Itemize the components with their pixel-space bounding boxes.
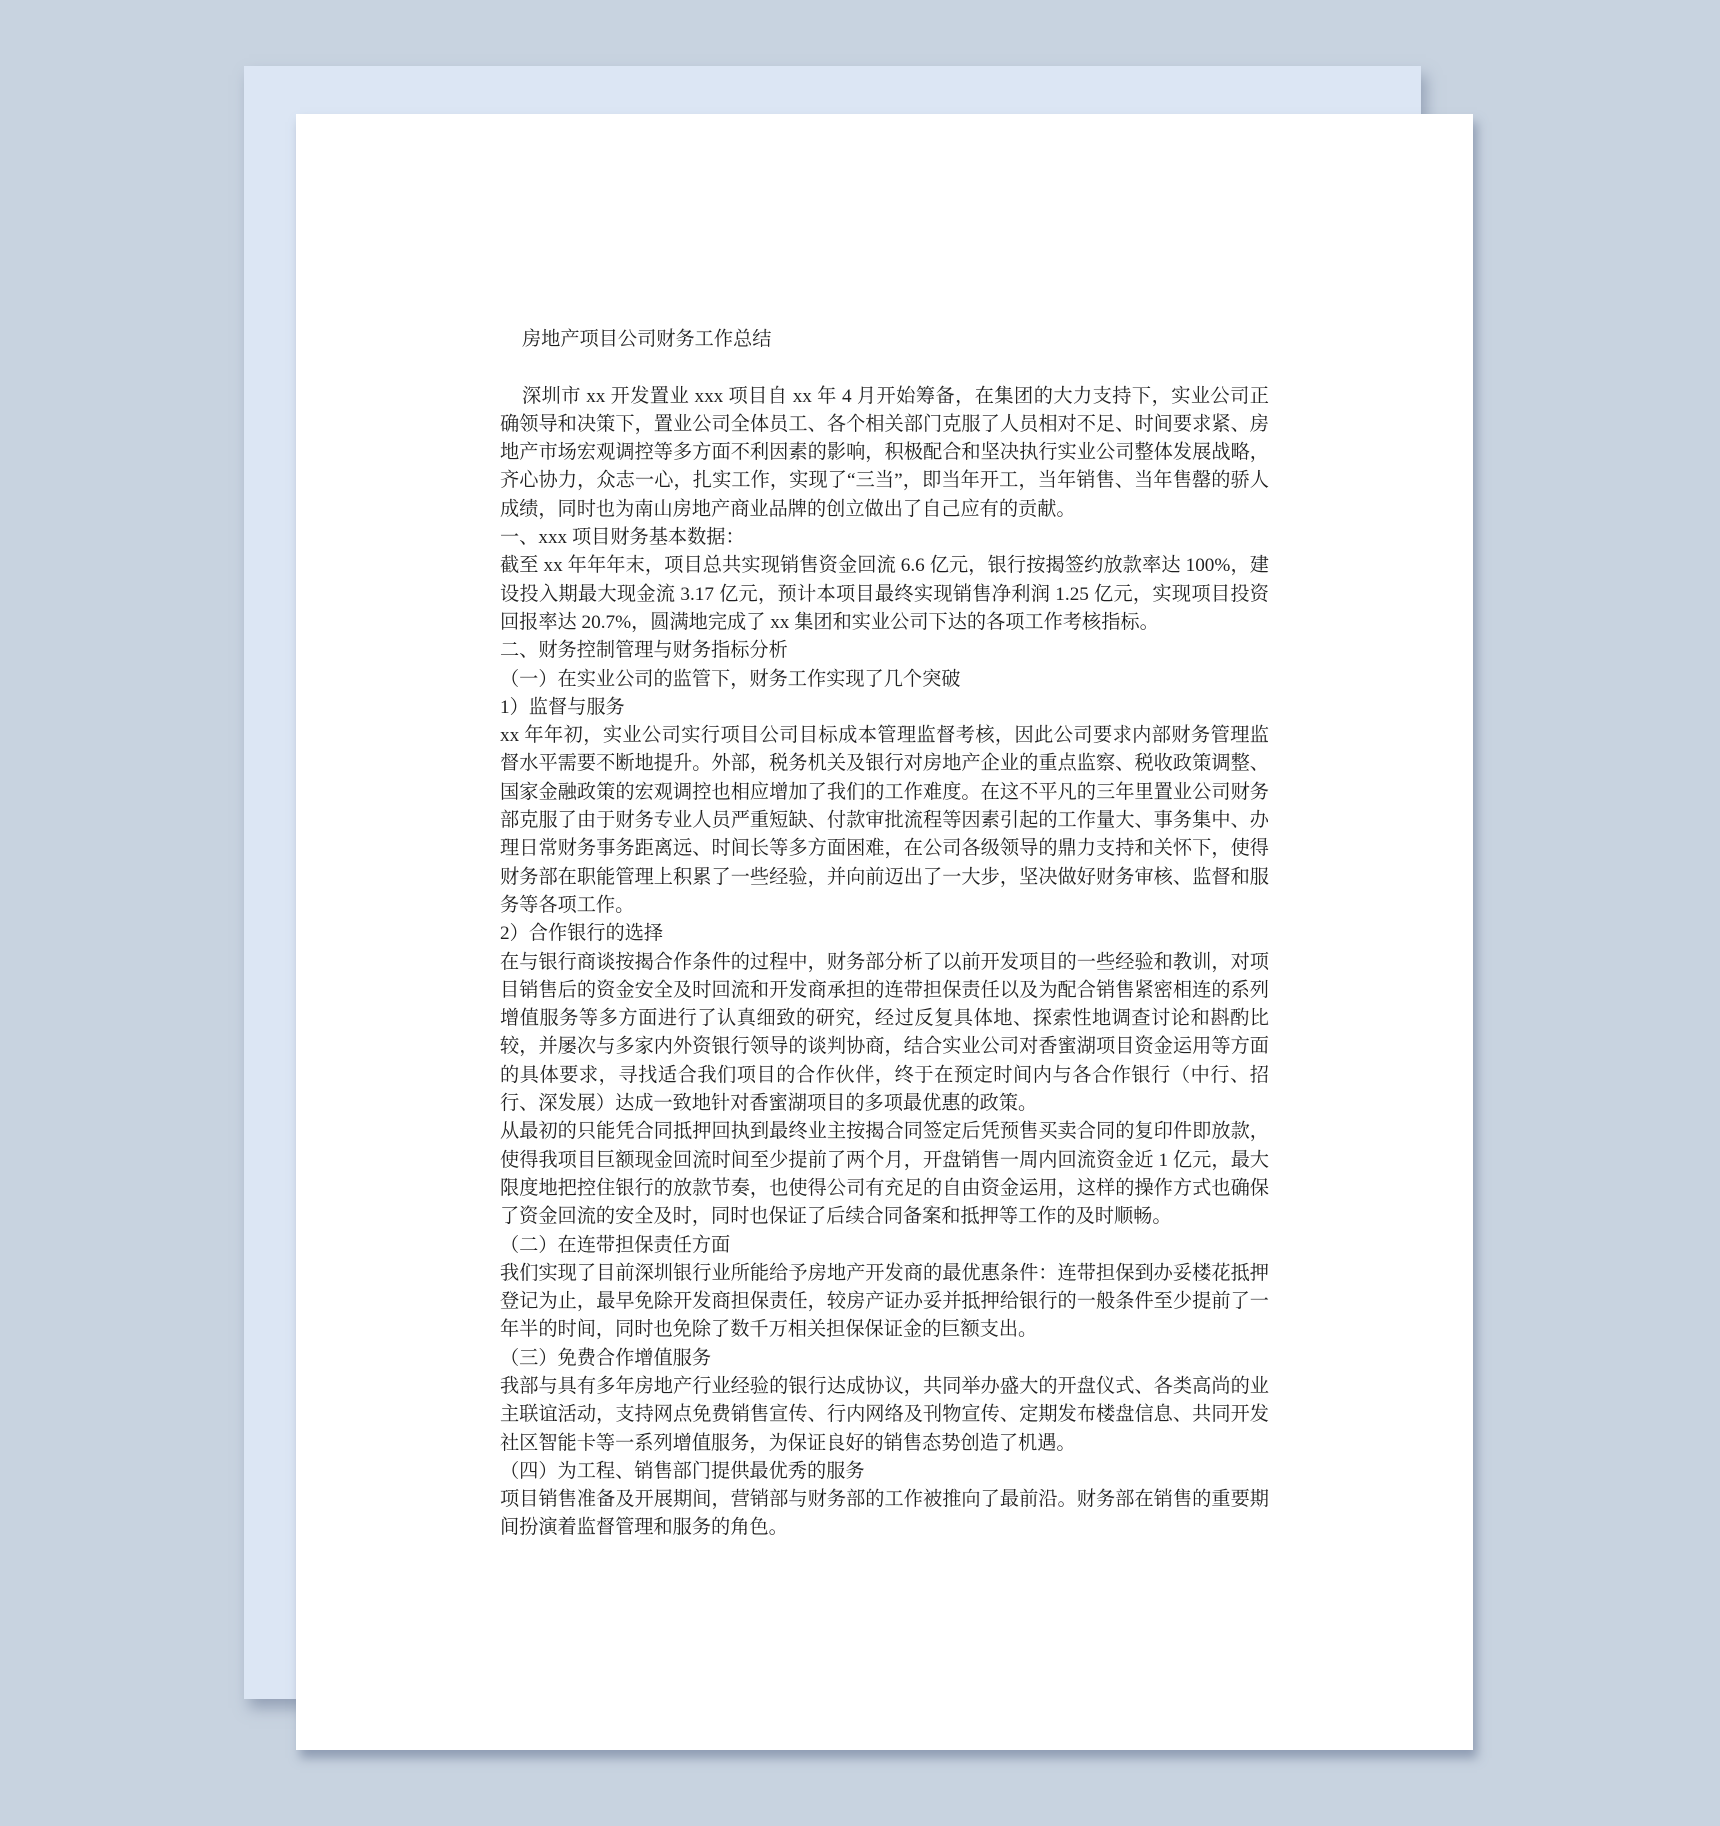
paragraph: （四）为工程、销售部门提供最优秀的服务 [500, 1458, 1269, 1486]
desk-background: 房地产项目公司财务工作总结 深圳市 xx 开发置业 xxx 项目自 xx 年 4… [0, 0, 1720, 1826]
paragraph: 项目销售准备及开展期间，营销部与财务部的工作被推向了最前沿。财务部在销售的重要期… [500, 1486, 1269, 1543]
paragraph: 1）监督与服务 [500, 694, 1269, 722]
paragraph: xx 年年初，实业公司实行项目公司目标成本管理监督考核，因此公司要求内部财务管理… [500, 722, 1269, 920]
paragraph: 二、财务控制管理与财务指标分析 [500, 637, 1269, 665]
paragraph: 在与银行商谈按揭合作条件的过程中，财务部分析了以前开发项目的一些经验和教训，对项… [500, 949, 1269, 1119]
paragraph: 从最初的只能凭合同抵押回执到最终业主按揭合同签定后凭预售买卖合同的复印件即放款，… [500, 1118, 1269, 1231]
paragraph: 2）合作银行的选择 [500, 920, 1269, 948]
document-page: 房地产项目公司财务工作总结 深圳市 xx 开发置业 xxx 项目自 xx 年 4… [296, 114, 1473, 1750]
paragraph: 我们实现了目前深圳银行业所能给予房地产开发商的最优惠条件：连带担保到办妥楼花抵押… [500, 1260, 1269, 1345]
paragraph: 截至 xx 年年年末，项目总共实现销售资金回流 6.6 亿元，银行按揭签约放款率… [500, 552, 1269, 637]
document-body: 深圳市 xx 开发置业 xxx 项目自 xx 年 4 月开始筹备，在集团的大力支… [500, 383, 1269, 1543]
paragraph: 一、xxx 项目财务基本数据： [500, 524, 1269, 552]
paragraph: （一）在实业公司的监管下，财务工作实现了几个突破 [500, 666, 1269, 694]
paragraph: （三）免费合作增值服务 [500, 1345, 1269, 1373]
paragraph: （二）在连带担保责任方面 [500, 1232, 1269, 1260]
paragraph: 深圳市 xx 开发置业 xxx 项目自 xx 年 4 月开始筹备，在集团的大力支… [500, 383, 1269, 524]
document-title: 房地产项目公司财务工作总结 [500, 326, 1269, 354]
paragraph: 我部与具有多年房地产行业经验的银行达成协议，共同举办盛大的开盘仪式、各类高尚的业… [500, 1373, 1269, 1458]
